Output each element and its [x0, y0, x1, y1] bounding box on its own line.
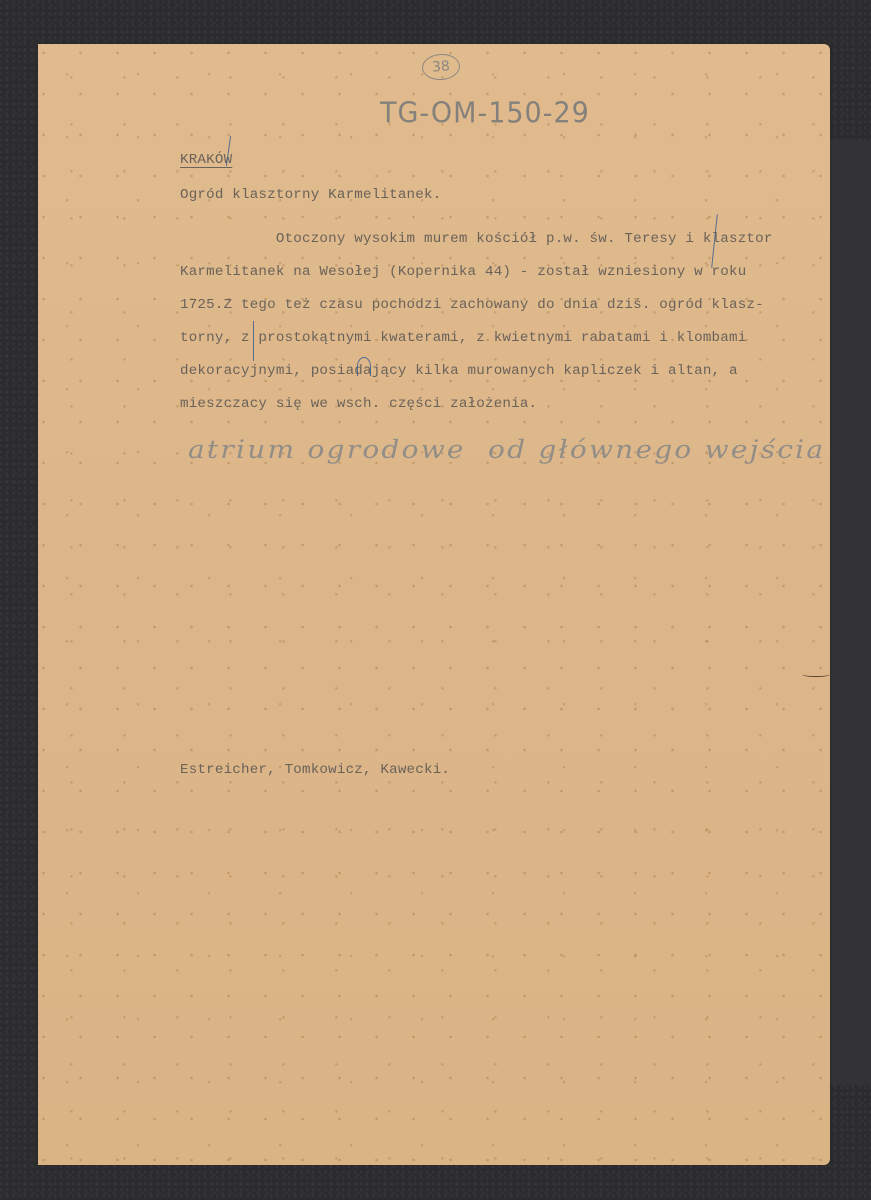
- pen-letter-correction: [357, 357, 371, 376]
- city-heading: KRAKÓW: [180, 152, 232, 168]
- document-page: 38 TG-OM-150-29 KRAKÓW Ogród klasztorny …: [38, 44, 830, 1165]
- body-line-5: dekoracyjnymi, posiadający kilka murowan…: [180, 363, 738, 379]
- body-line-1: Otoczony wysokim murem kościół p.w. św. …: [180, 231, 773, 247]
- scanner-background-strip: [828, 140, 871, 1085]
- body-line-4: torny, z prostokątnymi kwaterami, z kwie…: [180, 330, 746, 346]
- document-subject: Ogród klasztorny Karmelitanek.: [180, 187, 441, 203]
- paper-tear-mark: [802, 670, 830, 677]
- archive-page-number: 38: [421, 53, 461, 82]
- body-line-6: mieszczacy się we wsch. części założenia…: [180, 396, 537, 412]
- body-line-3: 1725.Z tego też czasu pochodzi zachowany…: [180, 297, 764, 313]
- sources-line: Estreicher, Tomkowicz, Kawecki.: [180, 762, 450, 778]
- handwritten-pencil-note: atrium ogrodowe od głównego wejścia: [188, 435, 825, 464]
- pen-word-separator-mark: [253, 321, 254, 361]
- body-line-2: Karmelitanek na Wesołej (Kopernika 44) -…: [180, 264, 746, 280]
- archive-signature-code: TG-OM-150-29: [380, 97, 590, 130]
